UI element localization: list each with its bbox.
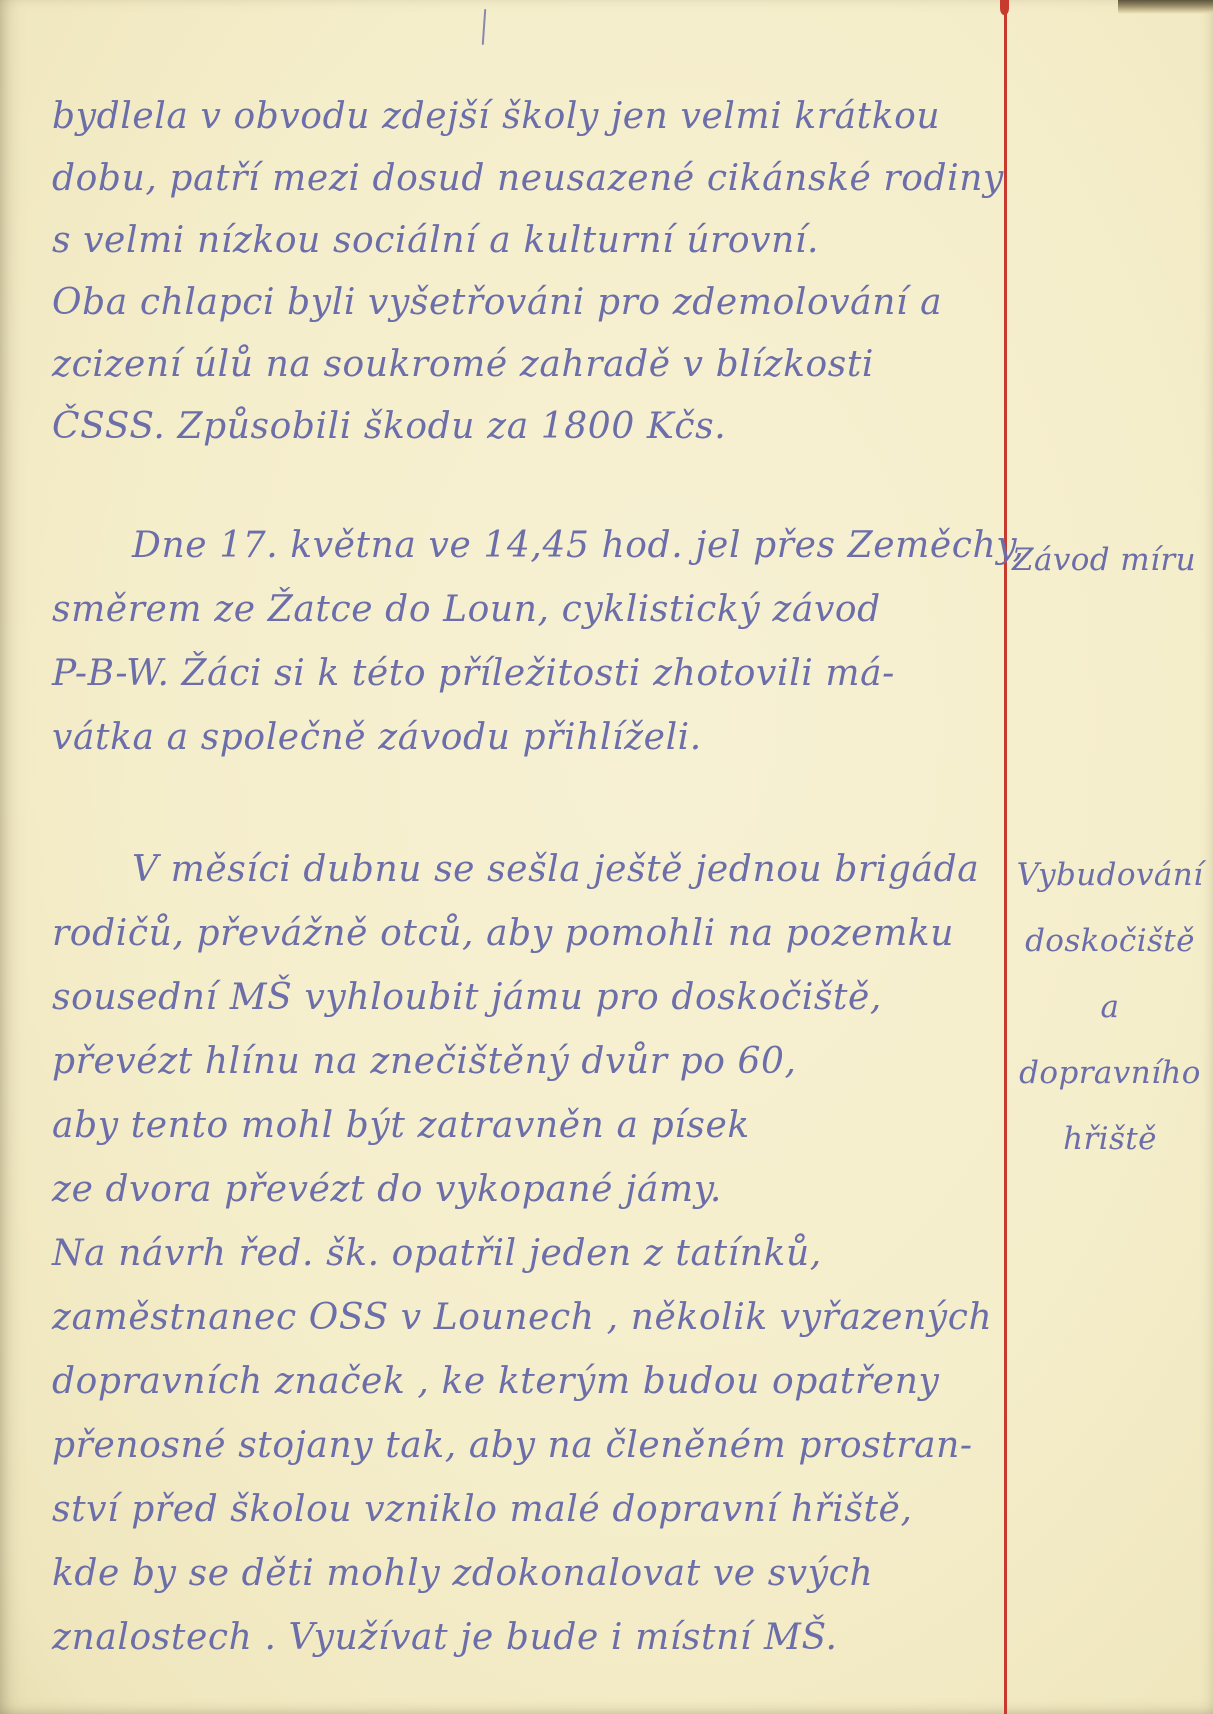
margin-note-line: hřiště [1012,1106,1208,1172]
handwritten-line: převézt hlínu na znečištěný dvůr po 60, [52,1030,1000,1094]
handwritten-line: zaměstnanec OSS v Lounech , několik vyřa… [52,1286,1000,1350]
book-page-edge [1118,0,1213,14]
stray-ink-mark [482,9,487,45]
margin-note-line: doskočiště [1012,908,1208,974]
margin-note-line: a dopravního [1012,974,1208,1106]
handwritten-line: aby tento mohl být zatravněn a písek [52,1094,1000,1158]
red-margin-rule-cap [1000,0,1009,15]
handwritten-line: Oba chlapci byli vyšetřováni pro zdemolo… [52,272,1000,334]
handwritten-line: přenosné stojany tak, aby na členěném pr… [52,1414,1000,1478]
margin-note: Závod míru [1012,527,1208,593]
paragraph: Dne 17. května ve 14,45 hod. jel přes Ze… [52,514,1000,770]
handwritten-line: směrem ze Žatce do Loun, cyklistický záv… [52,578,1000,642]
red-margin-rule [1004,0,1007,1714]
paragraph: V měsíci dubnu se sešla ještě jednou bri… [52,838,1000,1670]
handwritten-line: vátka a společně závodu přihlíželi. [52,706,1000,770]
paragraph: bydlela v obvodu zdejší školy jen velmi … [52,86,1000,458]
chronicle-page: bydlela v obvodu zdejší školy jen velmi … [0,0,1213,1714]
handwritten-line: s velmi nízkou sociální a kulturní úrovn… [52,210,1000,272]
handwritten-line: ství před školou vzniklo malé dopravní h… [52,1478,1000,1542]
margin-note-line: Závod míru [1012,527,1208,593]
handwritten-line: V měsíci dubnu se sešla ještě jednou bri… [52,838,1000,902]
margin-note: Vybudovánídoskočištěa dopravníhohřiště [1012,842,1208,1172]
handwritten-line: ze dvora převézt do vykopané jámy. [52,1158,1000,1222]
handwritten-line: P-B-W. Žáci si k této příležitosti zhoto… [52,642,1000,706]
handwritten-line: Na návrh řed. šk. opatřil jeden z tatínk… [52,1222,1000,1286]
handwritten-line: zcizení úlů na soukromé zahradě v blízko… [52,334,1000,396]
handwritten-line: Dne 17. května ve 14,45 hod. jel přes Ze… [52,514,1000,578]
handwritten-line: kde by se děti mohly zdokonalovat ve svý… [52,1542,1000,1606]
margin-note-line: Vybudování [1012,842,1208,908]
handwritten-line: znalostech . Využívat je bude i místní M… [52,1606,1000,1670]
handwritten-line: dopravních značek , ke kterým budou opat… [52,1350,1000,1414]
handwritten-line: rodičů, převážně otců, aby pomohli na po… [52,902,1000,966]
handwritten-line: dobu, patří mezi dosud neusazené cikánsk… [52,148,1000,210]
handwritten-line: bydlela v obvodu zdejší školy jen velmi … [52,86,1000,148]
handwritten-line: sousední MŠ vyhloubit jámu pro doskočišt… [52,966,1000,1030]
handwritten-line: ČSSS. Způsobili škodu za 1800 Kčs. [52,396,1000,458]
